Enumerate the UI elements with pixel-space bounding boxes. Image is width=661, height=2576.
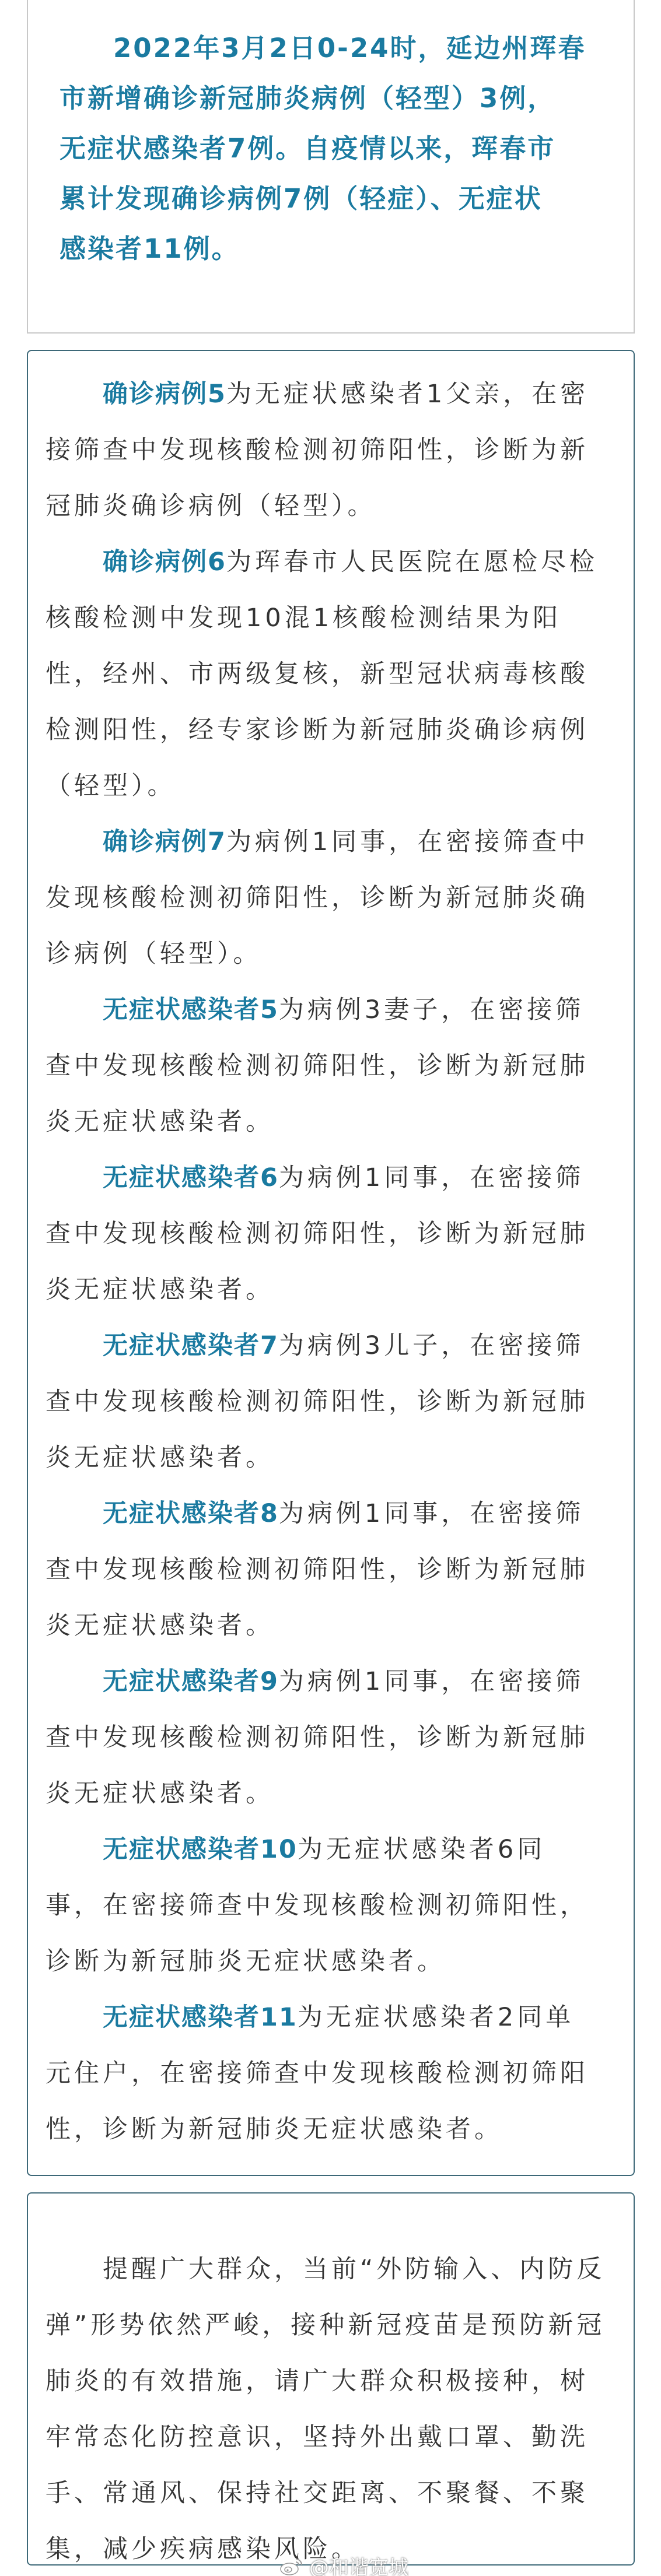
case-text: （轻型）。: [46, 758, 623, 814]
watermark: @和谐宽城: [279, 2552, 408, 2576]
notice-line: 提醒广大群众，当前“外防输入、内防反: [46, 2241, 623, 2297]
case-text: 诊病例（轻型）。: [46, 926, 623, 982]
case-text: 为病例1同事，在密接筛: [279, 1163, 584, 1192]
case-text: 查中发现核酸检测初筛阳性，诊断为新冠肺: [46, 1542, 623, 1598]
case-text: 核酸检测中发现10混1核酸检测结果为阳: [46, 590, 623, 646]
case-label: 确诊病例6: [103, 548, 226, 577]
case-text: 炎无症状感染者。: [46, 1262, 623, 1318]
case-text: 为无症状感染者2同单: [298, 2003, 574, 2032]
case-text: 为病例1同事，在密接筛查中: [226, 827, 589, 857]
case-text: 元住户，在密接筛查中发现核酸检测初筛阳: [46, 2045, 623, 2101]
case-paragraph: 无症状感染者5为病例3妻子，在密接筛 查中发现核酸检测初筛阳性，诊断为新冠肺 炎…: [46, 982, 623, 1150]
notice-line: 肺炎的有效措施，请广大群众积极接种，树: [46, 2353, 623, 2409]
case-text: 为病例1同事，在密接筛: [279, 1667, 584, 1696]
case-paragraph: 确诊病例7为病例1同事，在密接筛查中 发现核酸检测初筛阳性，诊断为新冠肺炎确 诊…: [46, 814, 623, 982]
case-details-box: 确诊病例5为无症状感染者1父亲，在密 接筛查中发现核酸检测初筛阳性，诊断为新 冠…: [27, 350, 635, 2176]
case-paragraph: 无症状感染者6为病例1同事，在密接筛 查中发现核酸检测初筛阳性，诊断为新冠肺 炎…: [46, 1150, 623, 1318]
case-text: 为病例3儿子，在密接筛: [279, 1331, 584, 1360]
case-text: 发现核酸检测初筛阳性，诊断为新冠肺炎确: [46, 870, 623, 926]
notice-line: 弹”形势依然严峻，接种新冠疫苗是预防新冠: [46, 2297, 623, 2353]
notice-line: 手、常通风、保持社交距离、不聚餐、不聚: [46, 2465, 623, 2521]
case-text: 查中发现核酸检测初筛阳性，诊断为新冠肺: [46, 1038, 623, 1094]
case-label: 无症状感染者7: [103, 1331, 279, 1360]
case-text: 查中发现核酸检测初筛阳性，诊断为新冠肺: [46, 1374, 623, 1430]
case-paragraph: 无症状感染者11为无症状感染者2同单 元住户，在密接筛查中发现核酸检测初筛阳 性…: [46, 1989, 623, 2157]
summary-line: 感染者11例。: [60, 224, 602, 274]
case-text: 炎无症状感染者。: [46, 1094, 623, 1150]
case-text: 为病例3妻子，在密接筛: [279, 995, 584, 1024]
case-text: 性，经州、市两级复核，新型冠状病毒核酸: [46, 646, 623, 702]
case-label: 确诊病例7: [103, 827, 226, 857]
case-text: 查中发现核酸检测初筛阳性，诊断为新冠肺: [46, 1206, 623, 1262]
case-label: 无症状感染者9: [103, 1667, 279, 1696]
case-paragraph: 无症状感染者9为病例1同事，在密接筛 查中发现核酸检测初筛阳性，诊断为新冠肺 炎…: [46, 1654, 623, 1822]
case-text: 炎无症状感染者。: [46, 1430, 623, 1486]
summary-line: 累计发现确诊病例7例（轻症）、无症状: [60, 174, 602, 224]
case-label: 无症状感染者6: [103, 1163, 279, 1192]
case-label: 无症状感染者10: [103, 1835, 298, 1864]
case-paragraph: 确诊病例6为珲春市人民医院在愿检尽检 核酸检测中发现10混1核酸检测结果为阳 性…: [46, 534, 623, 814]
case-text: 炎无症状感染者。: [46, 1766, 623, 1822]
notice-line: 牢常态化防控意识，坚持外出戴口罩、勤洗: [46, 2409, 623, 2465]
case-text: 检测阳性，经专家诊断为新冠肺炎确诊病例: [46, 702, 623, 758]
case-paragraph: 无症状感染者10为无症状感染者6同 事，在密接筛查中发现核酸检测初筛阳性， 诊断…: [46, 1822, 623, 1989]
case-text: 为病例1同事，在密接筛: [279, 1499, 584, 1528]
weibo-icon: [279, 2556, 305, 2576]
case-paragraph: 无症状感染者7为病例3儿子，在密接筛 查中发现核酸检测初筛阳性，诊断为新冠肺 炎…: [46, 1318, 623, 1486]
summary-line: 市新增确诊新冠肺炎病例（轻型）3例，: [60, 73, 602, 124]
case-text: 接筛查中发现核酸检测初筛阳性，诊断为新: [46, 422, 623, 478]
case-label: 无症状感染者11: [103, 2003, 298, 2032]
summary-line: 无症状感染者7例。自疫情以来，珲春市: [60, 124, 602, 174]
case-text: 冠肺炎确诊病例（轻型）。: [46, 478, 623, 534]
notice-box: 提醒广大群众，当前“外防输入、内防反 弹”形势依然严峻，接种新冠疫苗是预防新冠 …: [27, 2192, 635, 2566]
case-label: 确诊病例5: [103, 380, 226, 409]
case-text: 事，在密接筛查中发现核酸检测初筛阳性，: [46, 1877, 623, 1933]
case-text: 为无症状感染者1父亲，在密: [226, 380, 589, 409]
case-label: 无症状感染者5: [103, 995, 279, 1024]
case-paragraph: 无症状感染者8为病例1同事，在密接筛 查中发现核酸检测初筛阳性，诊断为新冠肺 炎…: [46, 1486, 623, 1654]
watermark-text: @和谐宽城: [309, 2552, 408, 2576]
case-label: 无症状感染者8: [103, 1499, 279, 1528]
summary-box: 2022年3月2日0-24时，延边州珲春 市新增确诊新冠肺炎病例（轻型）3例， …: [27, 0, 635, 334]
case-text: 为珲春市人民医院在愿检尽检: [226, 548, 598, 577]
case-list: 确诊病例5为无症状感染者1父亲，在密 接筛查中发现核酸检测初筛阳性，诊断为新 冠…: [46, 366, 623, 2157]
case-text: 查中发现核酸检测初筛阳性，诊断为新冠肺: [46, 1710, 623, 1766]
case-text: 炎无症状感染者。: [46, 1598, 623, 1654]
summary-text: 2022年3月2日0-24时，延边州珲春 市新增确诊新冠肺炎病例（轻型）3例， …: [60, 23, 602, 274]
case-paragraph: 确诊病例5为无症状感染者1父亲，在密 接筛查中发现核酸检测初筛阳性，诊断为新 冠…: [46, 366, 623, 534]
summary-line: 2022年3月2日0-24时，延边州珲春: [60, 23, 602, 73]
case-text: 诊断为新冠肺炎无症状感染者。: [46, 1933, 623, 1989]
case-text: 性，诊断为新冠肺炎无症状感染者。: [46, 2101, 623, 2157]
case-text: 为无症状感染者6同: [298, 1835, 545, 1864]
notice-text: 提醒广大群众，当前“外防输入、内防反 弹”形势依然严峻，接种新冠疫苗是预防新冠 …: [46, 2241, 623, 2576]
